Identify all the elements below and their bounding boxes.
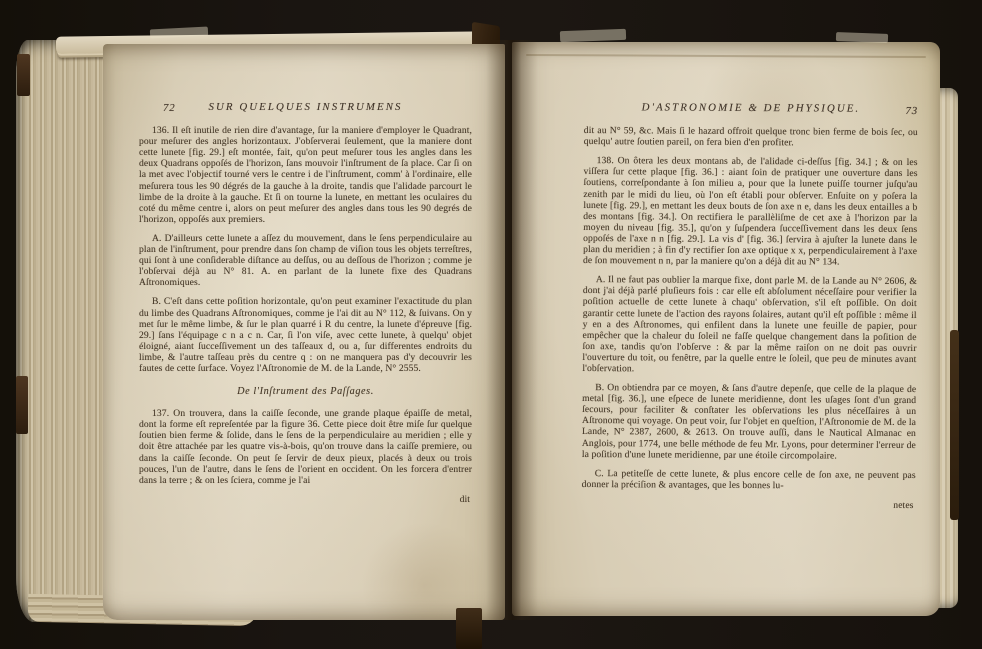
left-page: 72 SUR QUELQUES INSTRUMENS 136. Il eſt i… (103, 44, 505, 620)
left-page-number: 72 (163, 103, 175, 114)
leather-cover-glimpse-top (17, 54, 30, 96)
open-book-photograph: 72 SUR QUELQUES INSTRUMENS 136. Il eſt i… (0, 0, 982, 649)
right-page-text-block: D'ASTRONOMIE & DE PHYSIQUE. 73 dit au N°… (582, 102, 918, 511)
paragraph-136: 136. Il eſt inutile de rien dire d'avant… (139, 125, 472, 225)
paragraph-continuation: dit au N° 59, &c. Mais ſi le hazard offr… (584, 125, 918, 149)
left-page-header: 72 SUR QUELQUES INSTRUMENS (139, 102, 472, 113)
right-page-header: D'ASTRONOMIE & DE PHYSIQUE. 73 (584, 102, 918, 115)
paragraph-remark-a: A. D'ailleurs cette lunete a aſſez du mo… (139, 233, 472, 288)
underlying-sheet-edge (526, 54, 926, 58)
paragraph-138: 138. On ôtera les deux montans ab, de l'… (583, 155, 918, 268)
leather-cover-glimpse-mid (16, 376, 28, 434)
repair-tape (836, 32, 888, 43)
paragraph-137: 137. On trouvera, dans la caiſſe ſeconde… (139, 408, 472, 486)
paragraph-remark-c: C. La petiteſſe de cette lunete, & plus … (582, 468, 916, 492)
paragraph-remark-b: B. On obtiendra par ce moyen, & ſans d'a… (582, 382, 916, 462)
repair-tape (560, 29, 626, 42)
left-catchword: dit (139, 494, 472, 505)
section-heading: De l'Inſtrument des Paſſages. (139, 386, 472, 397)
right-page: D'ASTRONOMIE & DE PHYSIQUE. 73 dit au N°… (512, 42, 940, 616)
right-catchword: netes (582, 498, 916, 511)
paragraph-remark-a: A. Il ne faut pas oublier la marque fixe… (582, 274, 917, 376)
left-running-title: SUR QUELQUES INSTRUMENS (208, 101, 402, 113)
right-page-number: 73 (906, 106, 918, 117)
left-page-text-block: 72 SUR QUELQUES INSTRUMENS 136. Il eſt i… (139, 102, 472, 505)
right-running-title: D'ASTRONOMIE & DE PHYSIQUE. (642, 101, 861, 114)
right-cover-edge (950, 330, 959, 520)
paragraph-remark-b: B. C'eſt dans cette poſition horizontale… (139, 296, 472, 374)
spine-tail (456, 608, 482, 649)
